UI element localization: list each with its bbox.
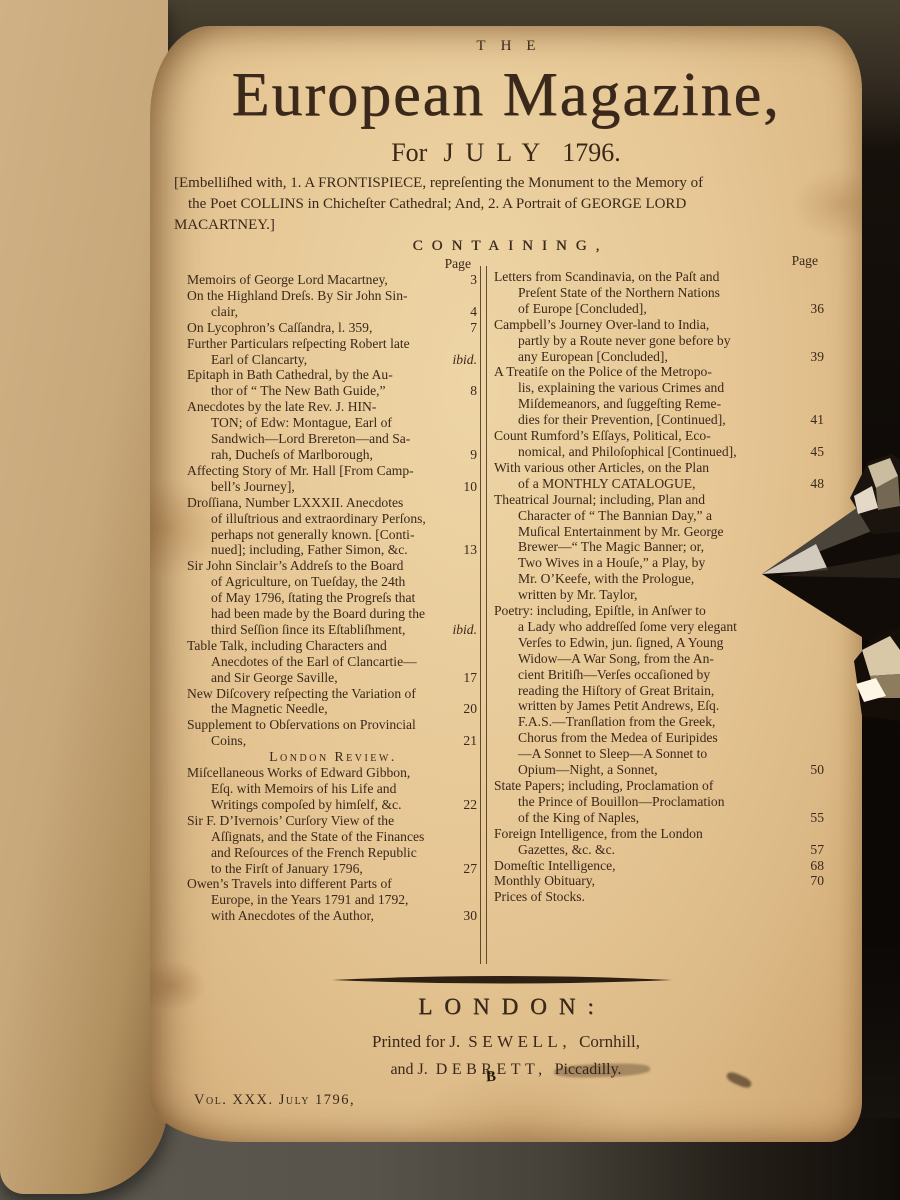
toc-entry-line: and Sir George Saville, — [187, 670, 479, 686]
toc-entry-line: rah, Ducheſs of Marlborough, — [187, 447, 479, 463]
issue-date-line: ForJULY1796. — [150, 138, 862, 168]
toc-entry-line: the Magnetic Needle, — [187, 701, 479, 717]
toc-entry-line: Anecdotes by the late Rev. J. HIN- — [187, 399, 479, 415]
toc-entry-line: dies for their Prevention, [Continued], — [494, 412, 826, 428]
issue-year: 1796. — [562, 138, 621, 167]
toc-page-number: 13 — [463, 542, 477, 558]
toc-entry-line: Preſent State of the Northern Nations — [494, 285, 826, 301]
glass-paperweight — [750, 436, 900, 726]
book-photograph: THE European Magazine, ForJULY1796. [Emb… — [0, 0, 900, 1200]
toc-entry-line: clair, — [187, 304, 479, 320]
toc-entry: Domeſtic Intelligence,68 — [494, 858, 826, 874]
toc-page-number: 57 — [810, 842, 824, 858]
toc-entry-line: Europe, in the Years 1791 and 1792, — [187, 892, 479, 908]
toc-entry-line: Gazettes, &c. &c. — [494, 842, 826, 858]
toc-entry-line: the Prince of Bouillon—Proclamation — [494, 794, 826, 810]
issue-month: JULY — [443, 138, 552, 167]
toc-entry-line: Epitaph in Bath Cathedral, by the Au- — [187, 367, 479, 383]
imprint-publisher-2: and J.DEBRETT,Piccadilly. — [150, 1061, 862, 1079]
toc-entry-line: of Europe [Concluded], — [494, 301, 826, 317]
toc-entry-line: New Diſcovery reſpecting the Variation o… — [187, 686, 479, 702]
toc-page-number: 22 — [463, 797, 477, 813]
toc-entry-line: A Treatiſe on the Police of the Metropo- — [494, 364, 826, 380]
toc-page-number: 10 — [463, 479, 477, 495]
toc-entry: Prices of Stocks. — [494, 889, 826, 905]
toc-page-number: 68 — [810, 858, 824, 874]
embellishment-line: MACARTNEY.] — [174, 215, 838, 236]
facing-blank-page — [0, 0, 168, 1194]
toc-entry-line: and Reſources of the French Republic — [187, 845, 479, 861]
page-title: European Magazine, — [150, 60, 862, 131]
toc-entry: State Papers; including, Proclamation of… — [494, 778, 826, 826]
imprint-publisher-1: Printed for J.SEWELL,Cornhill, — [150, 1032, 862, 1052]
signature-mark: B — [485, 1069, 496, 1087]
toc-entry-line: Supplement to Obſervations on Provincial — [187, 717, 479, 733]
toc-entry: Letters from Scandinavia, on the Paſt an… — [494, 269, 826, 317]
toc-entry-line: of illuſtrious and extraordinary Perſons… — [187, 511, 479, 527]
toc-entry: Epitaph in Bath Cathedral, by the Au-tho… — [187, 367, 479, 399]
toc-page-number: 50 — [810, 762, 824, 778]
toc-page-number: 41 — [810, 412, 824, 428]
toc-entry-line: had been made by the Board during the — [187, 606, 479, 622]
toc-entry: Owen’s Travels into different Parts ofEu… — [187, 876, 479, 924]
toc-entry-line: with Anecdotes of the Author, — [187, 908, 479, 924]
toc-entry-line: Sandwich—Lord Brereton—and Sa- — [187, 431, 479, 447]
imprint-post: Cornhill, — [579, 1032, 640, 1051]
toc-page-number: 7 — [470, 320, 477, 336]
toc-entry-line: third Seſſion ſince its Eſtabliſhment, — [187, 622, 479, 638]
toc-entry-line: TON; of Edw: Montague, Earl of — [187, 415, 479, 431]
toc-entry-line: to the Firſt of January 1796, — [187, 861, 479, 877]
toc-page-number: 17 — [463, 670, 477, 686]
toc-entries-left: Memoirs of George Lord Macartney,3On the… — [187, 272, 479, 924]
toc-entry-line: Prices of Stocks. — [494, 889, 826, 905]
toc-entry: Sir John Sinclair’s Addreſs to the Board… — [187, 558, 479, 638]
toc-entry-line: any European [Concluded], — [494, 349, 826, 365]
toc-entry-line: —A Sonnet to Sleep—A Sonnet to — [494, 746, 826, 762]
toc-page-number: ibid. — [452, 352, 477, 368]
toc-entry-line: State Papers; including, Proclamation of — [494, 778, 826, 794]
toc-entry-line: Affecting Story of Mr. Hall [From Camp- — [187, 463, 479, 479]
toc-page-number: 30 — [463, 908, 477, 924]
toc-entry-line: Sir John Sinclair’s Addreſs to the Board — [187, 558, 479, 574]
toc-entry-line: lis, explaining the various Crimes and — [494, 380, 826, 396]
page-column-header: Page — [187, 256, 479, 272]
toc-page-number: 3 — [470, 272, 477, 288]
toc-entry-line: Miſcellaneous Works of Edward Gibbon, — [187, 765, 479, 781]
toc-entry-line: On the Highland Dreſs. By Sir John Sin- — [187, 288, 479, 304]
toc-entry: Sir F. D’Ivernois’ Curſory View of theAſ… — [187, 813, 479, 877]
toc-page-number: 4 — [470, 304, 477, 320]
toc-page-number: 21 — [463, 733, 477, 749]
toc-entry-line: thor of “ The New Bath Guide,” — [187, 383, 479, 399]
imprint-city: LONDON: — [150, 994, 862, 1020]
toc-page-number: ibid. — [452, 622, 477, 638]
toc-entry-line: Droſſiana, Number LXXXII. Anecdotes — [187, 495, 479, 511]
toc-entry: On the Highland Dreſs. By Sir John Sin-c… — [187, 288, 479, 320]
toc-entry: On Lycophron’s Caſſandra, l. 359,7 — [187, 320, 479, 336]
toc-entry-line: of the King of Naples, — [494, 810, 826, 826]
embellishment-line: [Embelliſhed with, 1. A FRONTISPIECE, re… — [174, 173, 838, 194]
toc-page-number: 70 — [810, 873, 824, 889]
toc-entry-line: On Lycophron’s Caſſandra, l. 359, — [187, 320, 479, 336]
embellishment-line: the Poet COLLINS in Chicheſter Cathedral… — [174, 194, 838, 215]
toc-entry-line: partly by a Route never gone before by — [494, 333, 826, 349]
toc-entry: Affecting Story of Mr. Hall [From Camp-b… — [187, 463, 479, 495]
toc-entry-line: Opium—Night, a Sonnet, — [494, 762, 826, 778]
toc-entry-line: Owen’s Travels into different Parts of — [187, 876, 479, 892]
toc-entry: Campbell’s Journey Over-land to India,pa… — [494, 317, 826, 365]
toc-entry-line: Writings compoſed by himſelf, &c. — [187, 797, 479, 813]
imprint-pre: Printed for J. — [372, 1032, 460, 1051]
toc-page-number: 8 — [470, 383, 477, 399]
toc-page-number: 20 — [463, 701, 477, 717]
toc-entry-line: Coins, — [187, 733, 479, 749]
toc-page-number: 9 — [470, 447, 477, 463]
volume-footer: Vol. XXX. July 1796, — [194, 1092, 355, 1109]
toc-entry-line: of Agriculture, on Tueſday, the 24th — [187, 574, 479, 590]
toc-entry: Supplement to Obſervations on Provincial… — [187, 717, 479, 749]
toc-page-number: 39 — [810, 349, 824, 365]
toc-entry: Miſcellaneous Works of Edward Gibbon,Eſq… — [187, 765, 479, 813]
toc-entry-line: nued]; including, Father Simon, &c. — [187, 542, 479, 558]
toc-entry-line: Earl of Clancarty, — [187, 352, 479, 368]
toc-entry-line: Foreign Intelligence, from the London — [494, 826, 826, 842]
toc-entry-line: Aſſignats, and the State of the Finances — [187, 829, 479, 845]
toc-section-heading: London Review. — [187, 749, 479, 765]
masthead-the: THE — [150, 38, 862, 55]
toc-entry-line: Further Particulars reſpecting Robert la… — [187, 336, 479, 352]
toc-entry-line: Monthly Obituary, — [494, 873, 826, 889]
toc-page-number: 36 — [810, 301, 824, 317]
publisher-name: SEWELL, — [468, 1032, 571, 1051]
toc-entry: New Diſcovery reſpecting the Variation o… — [187, 686, 479, 718]
toc-entry: Further Particulars reſpecting Robert la… — [187, 336, 479, 368]
toc-entry-line: Sir F. D’Ivernois’ Curſory View of the — [187, 813, 479, 829]
toc-entry-line: Letters from Scandinavia, on the Paſt an… — [494, 269, 826, 285]
column-divider-rule — [480, 266, 487, 964]
toc-entry-line: Campbell’s Journey Over-land to India, — [494, 317, 826, 333]
toc-entry-line: Memoirs of George Lord Macartney, — [187, 272, 479, 288]
toc-entry-line: Chorus from the Medea of Euripides — [494, 730, 826, 746]
toc-entry-line: Table Talk, including Characters and — [187, 638, 479, 654]
for-word: For — [391, 138, 427, 167]
toc-entry-line: bell’s Journey], — [187, 479, 479, 495]
toc-entry-line: Miſdemeanors, and ſuggeſting Reme- — [494, 396, 826, 412]
page-column-header: Page — [494, 253, 826, 269]
toc-entry: Anecdotes by the late Rev. J. HIN-TON; o… — [187, 399, 479, 463]
embellishment-note: [Embelliſhed with, 1. A FRONTISPIECE, re… — [174, 173, 838, 236]
swelled-rule — [332, 974, 672, 986]
toc-column-left: Page Memoirs of George Lord Macartney,3O… — [187, 256, 479, 924]
toc-entry-line: of May 1796, ſtating the Progreſs that — [187, 590, 479, 606]
toc-entry: Droſſiana, Number LXXXII. Anecdotesof il… — [187, 495, 479, 559]
toc-entry: Table Talk, including Characters andAnec… — [187, 638, 479, 686]
toc-page-number: 55 — [810, 810, 824, 826]
toc-entry-line: Domeſtic Intelligence, — [494, 858, 826, 874]
imprint-pre: and J. — [390, 1061, 427, 1078]
toc-entry: A Treatiſe on the Police of the Metropo-… — [494, 364, 826, 428]
toc-entry-line: perhaps not generally known. [Conti- — [187, 527, 479, 543]
toc-entry: Monthly Obituary,70 — [494, 873, 826, 889]
toc-page-number: 27 — [463, 861, 477, 877]
toc-entry: Memoirs of George Lord Macartney,3 — [187, 272, 479, 288]
toc-entry-line: Anecdotes of the Earl of Clancartie— — [187, 654, 479, 670]
toc-entry-line: Eſq. with Memoirs of his Life and — [187, 781, 479, 797]
toc-entry: Foreign Intelligence, from the LondonGaz… — [494, 826, 826, 858]
